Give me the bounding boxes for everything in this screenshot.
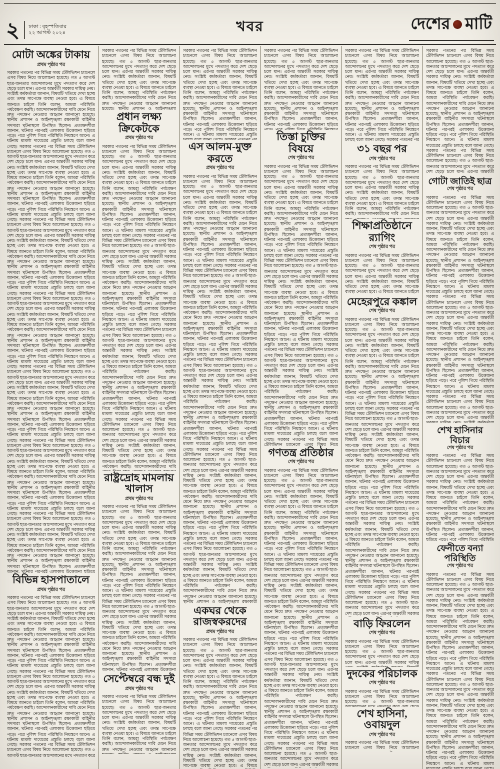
- continued-label: প্রথম পৃষ্ঠার পর: [102, 497, 176, 503]
- article: রাষ্ট্রদ্রোহ মামলায় খালাস প্রথম পৃষ্ঠার…: [102, 473, 176, 673]
- continued-label: প্রথম পৃষ্ঠার পর: [102, 687, 176, 693]
- article: সেপ্টেম্বরে বন্ধ দুই প্রথম পৃষ্ঠার পর সর…: [102, 674, 176, 754]
- article-body: সরকার পতনের পর বিভিন্ন সময় টেলিভিশন চ্য…: [345, 689, 419, 707]
- article-continuation: সরকার পতনের পর বিভিন্ন সময় টেলিভিশন চ্য…: [183, 48, 257, 140]
- top-rule: [4, 3, 496, 4]
- newspaper-page: ২ ঢাকা : বৃহস্পতিবার ২২ আগস্ট ২০২৪ খবর দ…: [0, 0, 500, 769]
- article-continuation: সরকার পতনের পর বিভিন্ন সময় টেলিভিশন চ্য…: [426, 48, 494, 174]
- masthead-dot-icon: [453, 20, 462, 29]
- article-body: সরকার পতনের পর বিভিন্ন সময় টেলিভিশন চ্য…: [7, 70, 95, 573]
- article-headline: বিভিন্ন হাসপাতালে: [7, 575, 95, 587]
- article-body: সরকার পতনের পর বিভিন্ন সময় টেলিভিশন চ্য…: [426, 48, 494, 174]
- continued-label: শেষ পৃষ্ঠার পর: [264, 460, 338, 466]
- article-body: সরকার পতনের পর বিভিন্ন সময় টেলিভিশন চ্য…: [7, 595, 95, 757]
- column-4: সরকার পতনের পর বিভিন্ন সময় টেলিভিশন চ্য…: [261, 46, 342, 769]
- article: ফেনীতে বন্যা পরিস্থিতি শেষ পৃষ্ঠার পর সর…: [426, 543, 494, 769]
- column-5: সরকার পতনের পর বিভিন্ন সময় টেলিভিশন চ্য…: [342, 46, 423, 769]
- continued-label: শেষ পৃষ্ঠার পর: [345, 157, 419, 163]
- article-headline: সেপ্টেম্বরে বন্ধ দুই: [102, 674, 176, 686]
- article-body: সরকার পতনের পর বিভিন্ন সময় টেলিভিশন চ্য…: [102, 144, 176, 471]
- article: শেখ হাসিনা, ওবায়দুল শেষ পৃষ্ঠার পর সরকা…: [345, 709, 419, 753]
- article-body: সরকার পতনের পর বিভিন্ন সময় টেলিভিশন চ্য…: [183, 637, 257, 769]
- article-body: সরকার পতনের পর বিভিন্ন সময় টেলিভিশন চ্য…: [345, 253, 419, 295]
- article-body: সরকার পতনের পর বিভিন্ন সময় টেলিভিশন চ্য…: [102, 48, 176, 110]
- article-headline: মেহেরপুরে কঙ্কাল: [345, 297, 419, 309]
- continued-label: শেষ পৃষ্ঠার পর: [426, 564, 494, 570]
- masthead-word-2: মাটি: [465, 11, 492, 38]
- article-body: সরকার পতনের পর বিভিন্ন সময় টেলিভিশন চ্য…: [345, 48, 419, 142]
- article: গোটা জাতিই ছাত্র শেষ পৃষ্ঠার পর সরকার পত…: [426, 176, 494, 423]
- article-body: সরকার পতনের পর বিভিন্ন সময় টেলিভিশন চ্য…: [264, 468, 338, 768]
- article-headline: মোটা অঙ্কের টাকায়: [7, 50, 95, 62]
- article-headline: ৩১ বছর পর: [345, 144, 419, 156]
- article: শেখ হাসিনার বিচার শেষ পৃষ্ঠার পর সরকার প…: [426, 425, 494, 542]
- continued-label: প্রথম পৃষ্ঠার পর: [7, 588, 95, 594]
- article-body: সরকার পতনের পর বিভিন্ন সময় টেলিভিশন চ্য…: [102, 504, 176, 672]
- article-body: সরকার পতনের পর বিভিন্ন সময় টেলিভিশন চ্য…: [345, 740, 419, 752]
- continued-label: প্রথম পৃষ্ঠার পর: [183, 630, 257, 636]
- continued-label: শেষ পৃষ্ঠার পর: [426, 187, 494, 193]
- article: দুদকের পরিচালক শেষ পৃষ্ঠার পর সরকার পতনে…: [345, 669, 419, 707]
- article-body: সরকার পতনের পর বিভিন্ন সময় টেলিভিশন চ্য…: [264, 48, 338, 130]
- column-3: সরকার পতনের পর বিভিন্ন সময় টেলিভিশন চ্য…: [180, 46, 261, 769]
- article-body: সরকার পতনের পর বিভিন্ন সময় টেলিভিশন চ্য…: [183, 174, 257, 604]
- article: প্রধান লক্ষ্য ক্রিকেটকে প্রথম পৃষ্ঠার পর…: [102, 112, 176, 471]
- continued-label: শেষ পৃষ্ঠার পর: [345, 245, 419, 251]
- article: একঘর থেকে রাজস্বকরদের প্রথম পৃষ্ঠার পর স…: [183, 606, 257, 769]
- continued-label: শেষ পৃষ্ঠার পর: [426, 446, 494, 452]
- article-body: সরকার পতনের পর বিভিন্ন সময় টেলিভিশন চ্য…: [426, 195, 494, 423]
- article-headline: শেখ হাসিনা, ওবায়দুল: [345, 709, 419, 732]
- masthead: দেশের মাটি: [409, 11, 494, 41]
- article-body: সরকার পতনের পর বিভিন্ন সময় টেলিভিশন চ্য…: [102, 694, 176, 754]
- continued-label: শেষ পৃষ্ঠার পর: [345, 309, 419, 315]
- column-2: সরকার পতনের পর বিভিন্ন সময় টেলিভিশন চ্য…: [99, 46, 180, 769]
- article-headline: তিস্তা চুক্তির বিষয়ে: [264, 132, 338, 155]
- article-continuation: সরকার পতনের পর বিভিন্ন সময় টেলিভিশন চ্য…: [345, 48, 419, 142]
- article: মোটা অঙ্কের টাকায় প্রথম পৃষ্ঠার পর সরকা…: [7, 50, 95, 573]
- continued-label: প্রথম পৃষ্ঠার পর: [7, 63, 95, 69]
- article-headline: শেখ হাসিনার বিচার: [426, 425, 494, 445]
- continued-label: প্রথম পৃষ্ঠার পর: [183, 166, 257, 172]
- continued-label: শেষ পৃষ্ঠার পর: [345, 681, 419, 687]
- article: বাড়ি ফিরলেন শেষ পৃষ্ঠার পর সরকার পতনের …: [345, 619, 419, 667]
- article-body: সরকার পতনের পর বিভিন্ন সময় টেলিভিশন চ্য…: [426, 453, 494, 541]
- continued-label: শেষ পৃষ্ঠার পর: [264, 156, 338, 162]
- article: তিস্তা চুক্তির বিষয়ে শেষ পৃষ্ঠার পর সরক…: [264, 132, 338, 446]
- article-continuation: সরকার পতনের পর বিভিন্ন সময় টেলিভিশন চ্য…: [264, 48, 338, 130]
- column-6: সরকার পতনের পর বিভিন্ন সময় টেলিভিশন চ্য…: [423, 46, 497, 769]
- article-continuation: সরকার পতনের পর বিভিন্ন সময় টেলিভিশন চ্য…: [102, 48, 176, 110]
- article-headline: গণতন্ত্র প্রতিষ্ঠার: [264, 448, 338, 460]
- article: বিভিন্ন হাসপাতালে প্রথম পৃষ্ঠার পর সরকার…: [7, 575, 95, 757]
- masthead-word-1: দেশের: [411, 11, 451, 38]
- continued-label: শেষ পৃষ্ঠার পর: [345, 733, 419, 739]
- article-headline: গোটা জাতিই ছাত্র: [426, 176, 494, 186]
- article-headline: প্রধান লক্ষ্য ক্রিকেটকে: [102, 112, 176, 135]
- article: গণতন্ত্র প্রতিষ্ঠার শেষ পৃষ্ঠার পর সরকার…: [264, 448, 338, 768]
- continued-label: শেষ পৃষ্ঠার পর: [345, 631, 419, 637]
- article-body: সরকার পতনের পর বিভিন্ন সময় টেলিভিশন চ্য…: [426, 572, 494, 769]
- article-headline: একঘর থেকে রাজস্বকরদের: [183, 606, 257, 629]
- article-body: সরকার পতনের পর বিভিন্ন সময় টেলিভিশন চ্য…: [345, 639, 419, 667]
- article-headline: দুদকের পরিচালক: [345, 669, 419, 681]
- article-headline: রাষ্ট্রদ্রোহ মামলায় খালাস: [102, 473, 176, 496]
- page-header: ২ ঢাকা : বৃহস্পতিবার ২২ আগস্ট ২০২৪ খবর দ…: [4, 14, 496, 45]
- article: এস আলম-মুক্ত করতে প্রথম পৃষ্ঠার পর সরকার…: [183, 142, 257, 604]
- article-headline: শিক্ষাপ্রতিষ্ঠানে র‍্যাগিং: [345, 221, 419, 244]
- columns-grid: মোটা অঙ্কের টাকায় প্রথম পৃষ্ঠার পর সরকা…: [4, 46, 497, 769]
- article-body: সরকার পতনের পর বিভিন্ন সময় টেলিভিশন চ্য…: [345, 164, 419, 219]
- article-headline: বাড়ি ফিরলেন: [345, 619, 419, 631]
- article-headline: ফেনীতে বন্যা পরিস্থিতি: [426, 543, 494, 563]
- article: ৩১ বছর পর শেষ পৃষ্ঠার পর সরকার পতনের পর …: [345, 144, 419, 219]
- article-headline: এস আলম-মুক্ত করতে: [183, 142, 257, 165]
- article-body: সরকার পতনের পর বিভিন্ন সময় টেলিভিশন চ্য…: [264, 164, 338, 446]
- article-body: সরকার পতনের পর বিভিন্ন সময় টেলিভিশন চ্য…: [183, 48, 257, 140]
- article: মেহেরপুরে কঙ্কাল শেষ পৃষ্ঠার পর সরকার পত…: [345, 297, 419, 617]
- article-body: সরকার পতনের পর বিভিন্ন সময় টেলিভিশন চ্য…: [345, 317, 419, 617]
- article: শিক্ষাপ্রতিষ্ঠানে র‍্যাগিং শেষ পৃষ্ঠার প…: [345, 221, 419, 295]
- continued-label: প্রথম পৃষ্ঠার পর: [102, 136, 176, 142]
- column-1: মোটা অঙ্কের টাকায় প্রথম পৃষ্ঠার পর সরকা…: [4, 46, 99, 769]
